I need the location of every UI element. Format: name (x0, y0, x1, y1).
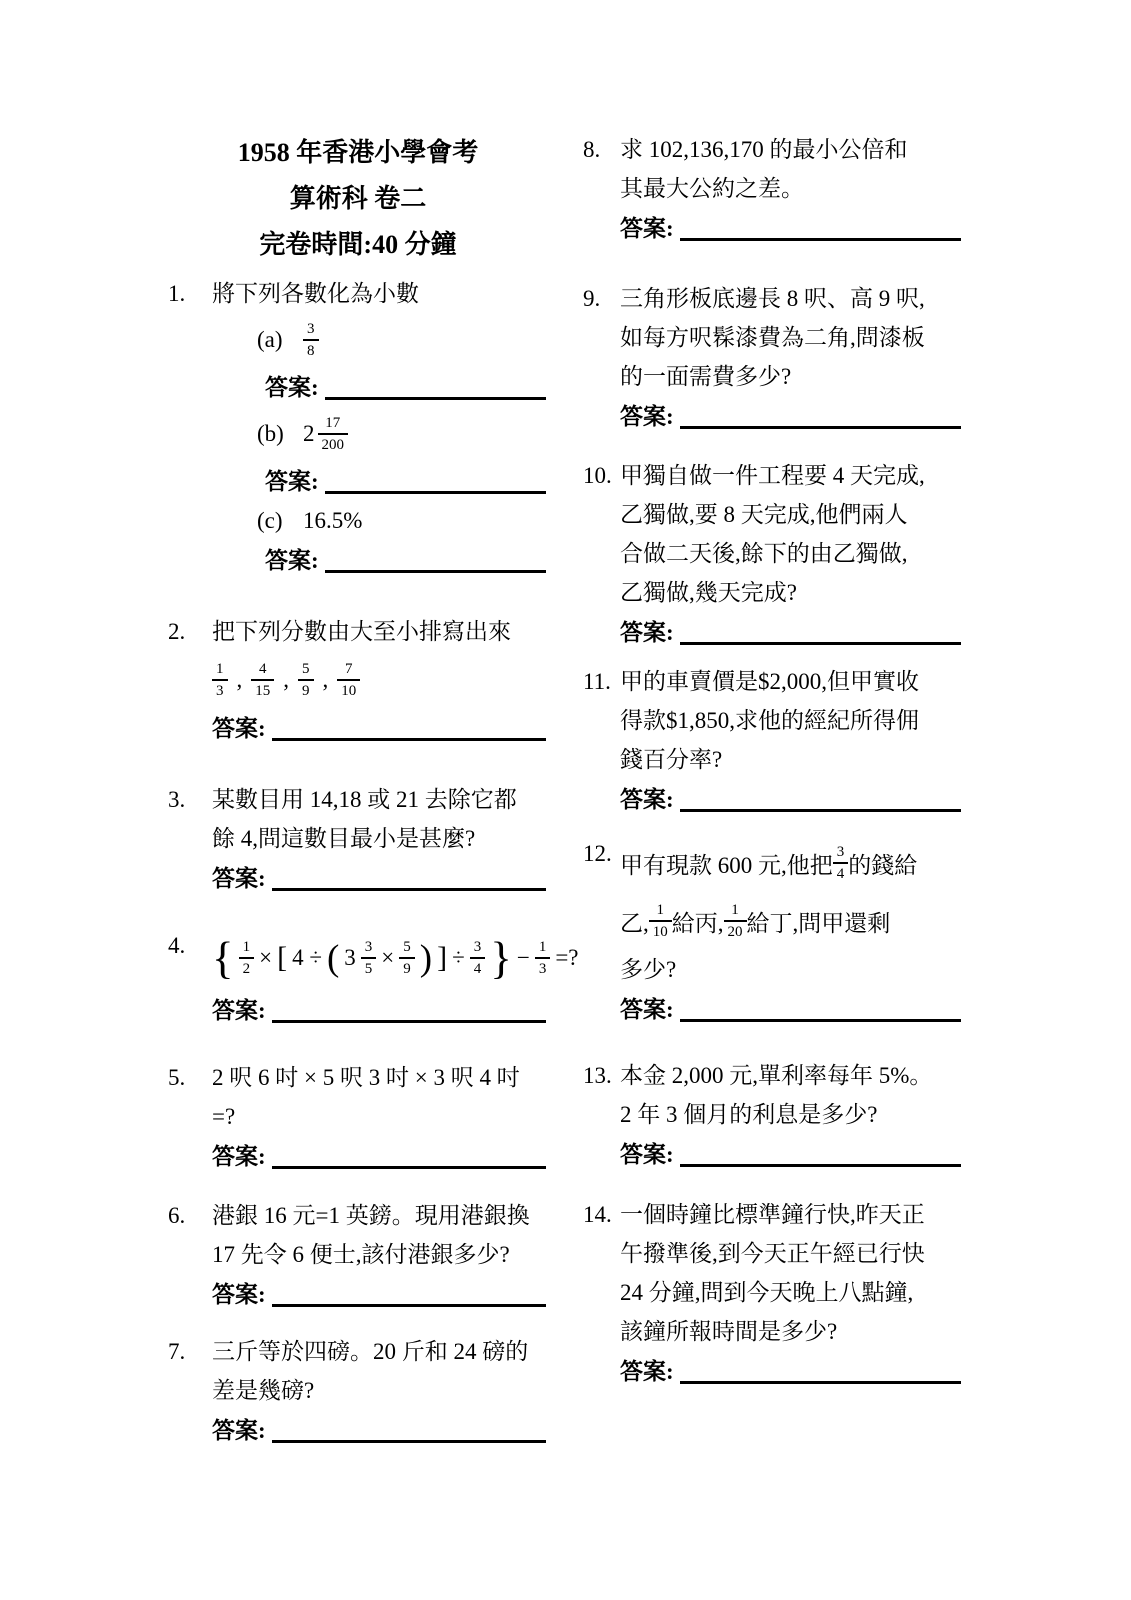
answer-row: 答案: (265, 462, 548, 501)
question-number: 7. (168, 1332, 212, 1450)
question-3: 3. 某數目用 14,18 或 21 去除它都 餘 4,問這數目最小是甚麼? 答… (168, 780, 548, 898)
answer-row: 答案: (265, 368, 548, 407)
bracket-open: [ (277, 943, 287, 973)
question-text: 如每方呎髹漆費為二角,問漆板 (620, 318, 963, 357)
fraction-denominator: 9 (298, 681, 314, 700)
question-text: 給丁,問甲還剩 (747, 905, 891, 938)
paper-title-block: 1958 年香港小學會考 算術科 卷二 完卷時間:40 分鐘 (168, 130, 548, 268)
question-text: 午撥準後,到今天正午經已行快 (620, 1234, 963, 1273)
question-text: 其最大公約之差。 (620, 169, 963, 208)
question-text: 2 呎 6 吋 × 5 呎 3 吋 × 3 呎 4 吋 (212, 1058, 548, 1097)
question-12: 12. 甲有現款 600 元,他把 3 4 的錢給 乙, 1 (583, 834, 963, 1029)
left-column: 1958 年香港小學會考 算術科 卷二 完卷時間:40 分鐘 1. 將下列各數化… (168, 130, 548, 1450)
question-text: 的錢給 (848, 847, 917, 880)
question-text: 得款$1,850,求他的經紀所得佣 (620, 701, 963, 740)
question-text: 甲的車賣價是$2,000,但甲實收 (620, 662, 963, 701)
fraction-numerator: 3 (361, 938, 377, 959)
question-9-row: 9. 三角形板底邊長 8 呎、高 9 呎, 如每方呎髹漆費為二角,問漆板 的一面… (583, 279, 963, 436)
question-body: 把下列分數由大至小排寫出來 1 3 , 4 15 , 5 (212, 612, 548, 748)
fraction-denominator: 2 (239, 959, 255, 978)
answer-label: 答案: (620, 209, 674, 248)
answer-blank-line (272, 1275, 546, 1307)
question-12-row: 12. 甲有現款 600 元,他把 3 4 的錢給 乙, 1 (583, 834, 963, 1029)
answer-label: 答案: (212, 1137, 266, 1176)
question-body: 甲的車賣價是$2,000,但甲實收 得款$1,850,求他的經紀所得佣 錢百分率… (620, 662, 963, 819)
paper-time-limit: 完卷時間:40 分鐘 (168, 222, 548, 268)
math-expression: { 1 2 × [ 4 ÷ ( 3 3 5 (212, 926, 548, 990)
part-value: 16.5% (303, 508, 362, 534)
operator-times: × (381, 945, 394, 971)
answer-label: 答案: (620, 1352, 674, 1391)
question-body: 甲獨自做一件工程要 4 天完成, 乙獨做,要 8 天完成,他們兩人 合做二天後,… (620, 456, 963, 652)
question-number: 3. (168, 780, 212, 898)
fraction: 1 3 (212, 660, 228, 700)
fraction-numerator: 17 (318, 414, 349, 435)
fraction: 1 10 (649, 901, 672, 941)
question-text: 乙獨做,幾天完成? (620, 573, 963, 612)
question-text: 多少? (620, 950, 963, 989)
fraction-separator: , (323, 667, 329, 693)
question-1: 1. 將下列各數化為小數 (a) 3 8 答案: (168, 274, 548, 580)
fraction-denominator: 3 (212, 681, 228, 700)
question-text: 2 年 3 個月的利息是多少? (620, 1095, 963, 1134)
answer-row: 答案: (212, 1411, 548, 1450)
question-11: 11. 甲的車賣價是$2,000,但甲實收 得款$1,850,求他的經紀所得佣 … (583, 662, 963, 819)
fraction-numerator: 3 (833, 843, 849, 864)
answer-row: 答案: (620, 397, 963, 436)
question-text-with-fraction: 乙, 1 10 給丙, 1 20 給丁,問甲還剩 (620, 892, 963, 950)
question-6: 6. 港銀 16 元=1 英鎊。現用港銀換 17 先令 6 便士,該付港銀多少?… (168, 1196, 548, 1314)
fraction-numerator: 3 (303, 320, 319, 341)
fraction-denominator: 9 (399, 959, 415, 978)
answer-row: 答案: (620, 1352, 963, 1391)
question-body: 一個時鐘比標準鐘行快,昨天正 午撥準後,到今天正午經已行快 24 分鐘,問到今天… (620, 1195, 963, 1391)
question-number: 13. (583, 1056, 620, 1174)
question-14: 14. 一個時鐘比標準鐘行快,昨天正 午撥準後,到今天正午經已行快 24 分鐘,… (583, 1195, 963, 1391)
question-14-row: 14. 一個時鐘比標準鐘行快,昨天正 午撥準後,到今天正午經已行快 24 分鐘,… (583, 1195, 963, 1391)
question-2: 2. 把下列分數由大至小排寫出來 1 3 , 4 15 , (168, 612, 548, 748)
fraction-numerator: 5 (399, 938, 415, 959)
operator-minus: − (517, 945, 530, 971)
answer-blank-line (680, 780, 961, 812)
question-text: 乙獨做,要 8 天完成,他們兩人 (620, 495, 963, 534)
answer-row: 答案: (620, 780, 963, 819)
paper-subtitle: 算術科 卷二 (168, 176, 548, 222)
question-number: 9. (583, 279, 620, 436)
answer-row: 答案: (620, 209, 963, 248)
part-label: (b) (257, 421, 303, 447)
answer-blank-line (680, 209, 961, 241)
fraction-numerator: 1 (535, 938, 551, 959)
equals-question: =? (555, 945, 578, 971)
answer-blank-line (680, 613, 961, 645)
fraction-denominator: 5 (361, 959, 377, 978)
question-text: =? (212, 1097, 548, 1136)
question-body: 本金 2,000 元,單利率每年 5%。 2 年 3 個月的利息是多少? 答案: (620, 1056, 963, 1174)
answer-label: 答案: (212, 859, 266, 898)
fraction-list: 1 3 , 4 15 , 5 9 , (212, 653, 548, 707)
question-body: { 1 2 × [ 4 ÷ ( 3 3 5 (212, 926, 548, 1030)
answer-blank-line (680, 990, 961, 1022)
fraction: 4 15 (251, 660, 274, 700)
fraction-denominator: 4 (470, 959, 486, 978)
question-13: 13. 本金 2,000 元,單利率每年 5%。 2 年 3 個月的利息是多少?… (583, 1056, 963, 1174)
question-1-part-c: (c) 16.5% (257, 501, 548, 540)
question-8: 8. 求 102,136,170 的最小公倍和 其最大公約之差。 答案: (583, 130, 963, 248)
fraction-denominator: 20 (724, 922, 747, 941)
question-3-row: 3. 某數目用 14,18 或 21 去除它都 餘 4,問這數目最小是甚麼? 答… (168, 780, 548, 898)
answer-blank-line (680, 397, 961, 429)
answer-label: 答案: (620, 397, 674, 436)
answer-label: 答案: (620, 613, 674, 652)
question-1-part-a: (a) 3 8 (257, 313, 548, 367)
fraction-numerator: 1 (239, 938, 255, 959)
fraction: 3 8 (303, 320, 319, 360)
question-5: 5. 2 呎 6 吋 × 5 呎 3 吋 × 3 呎 4 吋 =? 答案: (168, 1058, 548, 1176)
question-body: 甲有現款 600 元,他把 3 4 的錢給 乙, 1 10 給丙, (620, 834, 963, 1029)
question-number: 4. (168, 926, 212, 1030)
fraction-numerator: 1 (649, 901, 672, 922)
fraction-numerator: 4 (251, 660, 274, 681)
fraction-separator: , (237, 667, 243, 693)
question-text: 餘 4,問這數目最小是甚麼? (212, 819, 548, 858)
question-4: 4. { 1 2 × [ 4 ÷ ( 3 3 (168, 926, 548, 1030)
question-body: 2 呎 6 吋 × 5 呎 3 吋 × 3 呎 4 吋 =? 答案: (212, 1058, 548, 1176)
question-text: 錢百分率? (620, 740, 963, 779)
question-body: 某數目用 14,18 或 21 去除它都 餘 4,問這數目最小是甚麼? 答案: (212, 780, 548, 898)
exam-paper-page: 1958 年香港小學會考 算術科 卷二 完卷時間:40 分鐘 1. 將下列各數化… (0, 0, 1131, 1600)
question-text: 求 102,136,170 的最小公倍和 (620, 130, 963, 169)
question-body: 港銀 16 元=1 英鎊。現用港銀換 17 先令 6 便士,該付港銀多少? 答案… (212, 1196, 548, 1314)
question-7-row: 7. 三斤等於四磅。20 斤和 24 磅的 差是幾磅? 答案: (168, 1332, 548, 1450)
question-4-row: 4. { 1 2 × [ 4 ÷ ( 3 3 (168, 926, 548, 1030)
mixed-number-whole: 2 (303, 421, 315, 447)
question-text: 24 分鐘,問到今天晚上八點鐘, (620, 1273, 963, 1312)
answer-row: 答案: (212, 1137, 548, 1176)
fraction-denominator: 8 (303, 341, 319, 360)
answer-blank-line (680, 1352, 961, 1384)
answer-label: 答案: (620, 990, 674, 1029)
question-8-row: 8. 求 102,136,170 的最小公倍和 其最大公約之差。 答案: (583, 130, 963, 248)
fraction-denominator: 10 (337, 681, 360, 700)
answer-row: 答案: (620, 613, 963, 652)
fraction-denominator: 10 (649, 922, 672, 941)
question-number: 5. (168, 1058, 212, 1176)
answer-label: 答案: (620, 1135, 674, 1174)
answer-blank-line (325, 541, 546, 573)
question-text: 的一面需費多少? (620, 357, 963, 396)
fraction: 3 5 (361, 938, 377, 978)
fraction-numerator: 3 (470, 938, 486, 959)
part-label: (c) (257, 508, 303, 534)
question-text-with-fraction: 甲有現款 600 元,他把 3 4 的錢給 (620, 834, 963, 892)
operand: 4 ÷ (292, 945, 322, 971)
answer-blank-line (272, 709, 546, 741)
operator-divide: ÷ (452, 945, 465, 971)
question-1-row: 1. 將下列各數化為小數 (a) 3 8 答案: (168, 274, 548, 580)
answer-blank-line (272, 1411, 546, 1443)
fraction-numerator: 1 (724, 901, 747, 922)
question-body: 三角形板底邊長 8 呎、高 9 呎, 如每方呎髹漆費為二角,問漆板 的一面需費多… (620, 279, 963, 436)
question-text: 17 先令 6 便士,該付港銀多少? (212, 1235, 548, 1274)
brace-close: } (490, 936, 512, 981)
question-7: 7. 三斤等於四磅。20 斤和 24 磅的 差是幾磅? 答案: (168, 1332, 548, 1450)
fraction: 1 2 (239, 938, 255, 978)
question-text: 乙, (620, 905, 649, 938)
question-text: 三斤等於四磅。20 斤和 24 磅的 (212, 1332, 548, 1371)
question-5-row: 5. 2 呎 6 吋 × 5 呎 3 吋 × 3 呎 4 吋 =? 答案: (168, 1058, 548, 1176)
question-number: 6. (168, 1196, 212, 1314)
answer-row: 答案: (212, 1275, 548, 1314)
question-13-row: 13. 本金 2,000 元,單利率每年 5%。 2 年 3 個月的利息是多少?… (583, 1056, 963, 1174)
answer-label: 答案: (265, 368, 319, 407)
fraction-denominator: 200 (318, 435, 349, 454)
fraction-numerator: 7 (337, 660, 360, 681)
question-body: 將下列各數化為小數 (a) 3 8 答案: (b) 2 (212, 274, 548, 580)
question-text: 某數目用 14,18 或 21 去除它都 (212, 780, 548, 819)
part-label: (a) (257, 327, 303, 353)
fraction-denominator: 15 (251, 681, 274, 700)
operator-times: × (259, 945, 272, 971)
question-body: 三斤等於四磅。20 斤和 24 磅的 差是幾磅? 答案: (212, 1332, 548, 1450)
question-number: 12. (583, 834, 620, 1029)
answer-label: 答案: (212, 1275, 266, 1314)
question-1-part-b: (b) 2 17 200 (257, 407, 548, 461)
fraction-denominator: 3 (535, 959, 551, 978)
question-text: 一個時鐘比標準鐘行快,昨天正 (620, 1195, 963, 1234)
fraction: 5 9 (298, 660, 314, 700)
question-10-row: 10. 甲獨自做一件工程要 4 天完成, 乙獨做,要 8 天完成,他們兩人 合做… (583, 456, 963, 652)
fraction-numerator: 1 (212, 660, 228, 681)
question-number: 11. (583, 662, 620, 819)
answer-blank-line (680, 1135, 961, 1167)
answer-label: 答案: (265, 462, 319, 501)
question-number: 14. (583, 1195, 620, 1391)
question-number: 10. (583, 456, 620, 652)
question-text: 三角形板底邊長 8 呎、高 9 呎, (620, 279, 963, 318)
mixed-number-whole: 3 (344, 945, 356, 971)
question-number: 8. (583, 130, 620, 248)
question-text: 本金 2,000 元,單利率每年 5%。 (620, 1056, 963, 1095)
answer-row: 答案: (212, 859, 548, 898)
question-text: 合做二天後,餘下的由乙獨做, (620, 534, 963, 573)
question-text: 港銀 16 元=1 英鎊。現用港銀換 (212, 1196, 548, 1235)
answer-blank-line (325, 462, 546, 494)
question-text: 把下列分數由大至小排寫出來 (212, 612, 548, 651)
answer-label: 答案: (620, 780, 674, 819)
fraction: 1 20 (724, 901, 747, 941)
question-11-row: 11. 甲的車賣價是$2,000,但甲實收 得款$1,850,求他的經紀所得佣 … (583, 662, 963, 819)
fraction-numerator: 5 (298, 660, 314, 681)
question-text: 差是幾磅? (212, 1371, 548, 1410)
fraction: 7 10 (337, 660, 360, 700)
answer-blank-line (272, 991, 546, 1023)
fraction: 5 9 (399, 938, 415, 978)
fraction-separator: , (283, 667, 289, 693)
question-6-row: 6. 港銀 16 元=1 英鎊。現用港銀換 17 先令 6 便士,該付港銀多少?… (168, 1196, 548, 1314)
fraction: 3 4 (833, 843, 849, 883)
paren-open: ( (327, 940, 339, 977)
answer-blank-line (272, 859, 546, 891)
question-text: 甲有現款 600 元,他把 (620, 847, 833, 880)
paren-close: ) (420, 940, 432, 977)
question-body: 求 102,136,170 的最小公倍和 其最大公約之差。 答案: (620, 130, 963, 248)
paper-title: 1958 年香港小學會考 (168, 130, 548, 176)
question-10: 10. 甲獨自做一件工程要 4 天完成, 乙獨做,要 8 天完成,他們兩人 合做… (583, 456, 963, 652)
brace-open: { (212, 936, 234, 981)
question-number: 2. (168, 612, 212, 748)
question-number: 1. (168, 274, 212, 580)
question-2-row: 2. 把下列分數由大至小排寫出來 1 3 , 4 15 , (168, 612, 548, 748)
bracket-close: ] (437, 943, 447, 973)
fraction-denominator: 4 (833, 864, 849, 883)
right-column: 8. 求 102,136,170 的最小公倍和 其最大公約之差。 答案: 9. … (583, 130, 963, 1391)
question-9: 9. 三角形板底邊長 8 呎、高 9 呎, 如每方呎髹漆費為二角,問漆板 的一面… (583, 279, 963, 436)
answer-row: 答案: (212, 991, 548, 1030)
fraction: 1 3 (535, 938, 551, 978)
question-text: 將下列各數化為小數 (212, 274, 548, 313)
question-text: 該鐘所報時間是多少? (620, 1312, 963, 1351)
answer-row: 答案: (265, 541, 548, 580)
answer-label: 答案: (212, 991, 266, 1030)
answer-row: 答案: (212, 709, 548, 748)
fraction: 3 4 (470, 938, 486, 978)
answer-row: 答案: (620, 990, 963, 1029)
answer-blank-line (325, 368, 546, 400)
answer-label: 答案: (212, 1411, 266, 1450)
question-text: 給丙, (672, 905, 724, 938)
fraction: 17 200 (318, 414, 349, 454)
question-text: 甲獨自做一件工程要 4 天完成, (620, 456, 963, 495)
answer-row: 答案: (620, 1135, 963, 1174)
answer-label: 答案: (265, 541, 319, 580)
answer-label: 答案: (212, 709, 266, 748)
answer-blank-line (272, 1137, 546, 1169)
